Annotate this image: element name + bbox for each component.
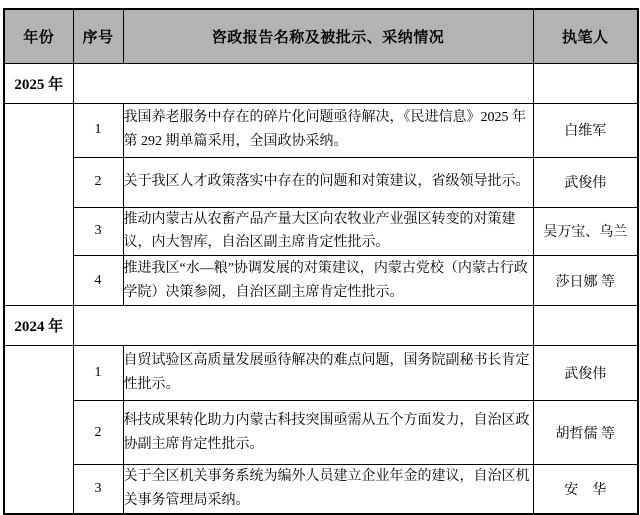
report-cell: 我国养老服务中存在的碎片化问题亟待解决，《民进信息》2025 年第 292 期单… <box>123 103 533 157</box>
row-number-cell: 1 <box>73 103 123 157</box>
author-cell: 武俊伟 <box>533 346 638 401</box>
table-row: 1 我国养老服务中存在的碎片化问题亟待解决，《民进信息》2025 年第 292 … <box>4 103 638 157</box>
row-number-cell: 2 <box>73 157 123 207</box>
author-cell: 白维军 <box>533 103 638 157</box>
table-header-row: 年份 序号 咨政报告名称及被批示、采纳情况 执笔人 <box>4 9 638 63</box>
author-cell: 安 华 <box>533 465 638 514</box>
report-cell: 推进我区“水—粮”协调发展的对策建议，内蒙古党校（内蒙古行政学院）决策参阅，自治… <box>123 256 533 306</box>
table-row: 1 自贸试验区高质量发展亟待解决的难点问题，国务院副秘书长肯定性批示。 武俊伟 <box>4 346 638 401</box>
author-cell: 莎日娜 等 <box>533 256 638 306</box>
header-year: 年份 <box>4 9 73 63</box>
year-span-cell-2025 <box>4 103 73 306</box>
year-band-empty-author-cell <box>533 306 638 346</box>
report-cell: 关于我区人才政策落实中存在的问题和对策建议，省级领导批示。 <box>123 157 533 207</box>
year-band-row-2024: 2024 年 <box>4 306 638 346</box>
table-row: 2 科技成果转化助力内蒙古科技突围亟需从五个方面发力，自治区政协副主席肯定性批示… <box>4 401 638 465</box>
header-report: 咨政报告名称及被批示、采纳情况 <box>123 9 533 63</box>
table-row: 3 推动内蒙古从农畜产品产量大区向农牧业产业强区转变的对策建议，内大智库，自治区… <box>4 207 638 256</box>
header-no: 序号 <box>73 9 123 63</box>
row-number-cell: 4 <box>73 256 123 306</box>
report-cell: 关于全区机关事务系统为编外人员建立企业年金的建议，自治区机关事务管理局采纳。 <box>123 465 533 514</box>
row-number-cell: 3 <box>73 207 123 256</box>
header-author: 执笔人 <box>533 9 638 63</box>
author-cell: 武俊伟 <box>533 157 638 207</box>
year-span-cell-2024 <box>4 346 73 514</box>
advisory-report-table: 年份 序号 咨政报告名称及被批示、采纳情况 执笔人 2025 年 1 我国养老服… <box>3 8 639 515</box>
year-band-empty-cell <box>73 63 533 103</box>
row-number-cell: 3 <box>73 465 123 514</box>
report-cell: 推动内蒙古从农畜产品产量大区向农牧业产业强区转变的对策建议，内大智库，自治区副主… <box>123 207 533 256</box>
year-band-empty-cell <box>73 306 533 346</box>
report-cell: 科技成果转化助力内蒙古科技突围亟需从五个方面发力，自治区政协副主席肯定性批示。 <box>123 401 533 465</box>
table-row: 2 关于我区人才政策落实中存在的问题和对策建议，省级领导批示。 武俊伟 <box>4 157 638 207</box>
table-row: 4 推进我区“水—粮”协调发展的对策建议，内蒙古党校（内蒙古行政学院）决策参阅，… <box>4 256 638 306</box>
page: 年份 序号 咨政报告名称及被批示、采纳情况 执笔人 2025 年 1 我国养老服… <box>0 0 640 515</box>
year-band-row-2025: 2025 年 <box>4 63 638 103</box>
author-cell: 胡哲儒 等 <box>533 401 638 465</box>
author-cell: 吴万宝、乌兰 <box>533 207 638 256</box>
row-number-cell: 1 <box>73 346 123 401</box>
table-row: 3 关于全区机关事务系统为编外人员建立企业年金的建议，自治区机关事务管理局采纳。… <box>4 465 638 514</box>
row-number-cell: 2 <box>73 401 123 465</box>
year-band-empty-author-cell <box>533 63 638 103</box>
year-label-2025: 2025 年 <box>4 63 73 103</box>
year-label-2024: 2024 年 <box>4 306 73 346</box>
report-cell: 自贸试验区高质量发展亟待解决的难点问题，国务院副秘书长肯定性批示。 <box>123 346 533 401</box>
